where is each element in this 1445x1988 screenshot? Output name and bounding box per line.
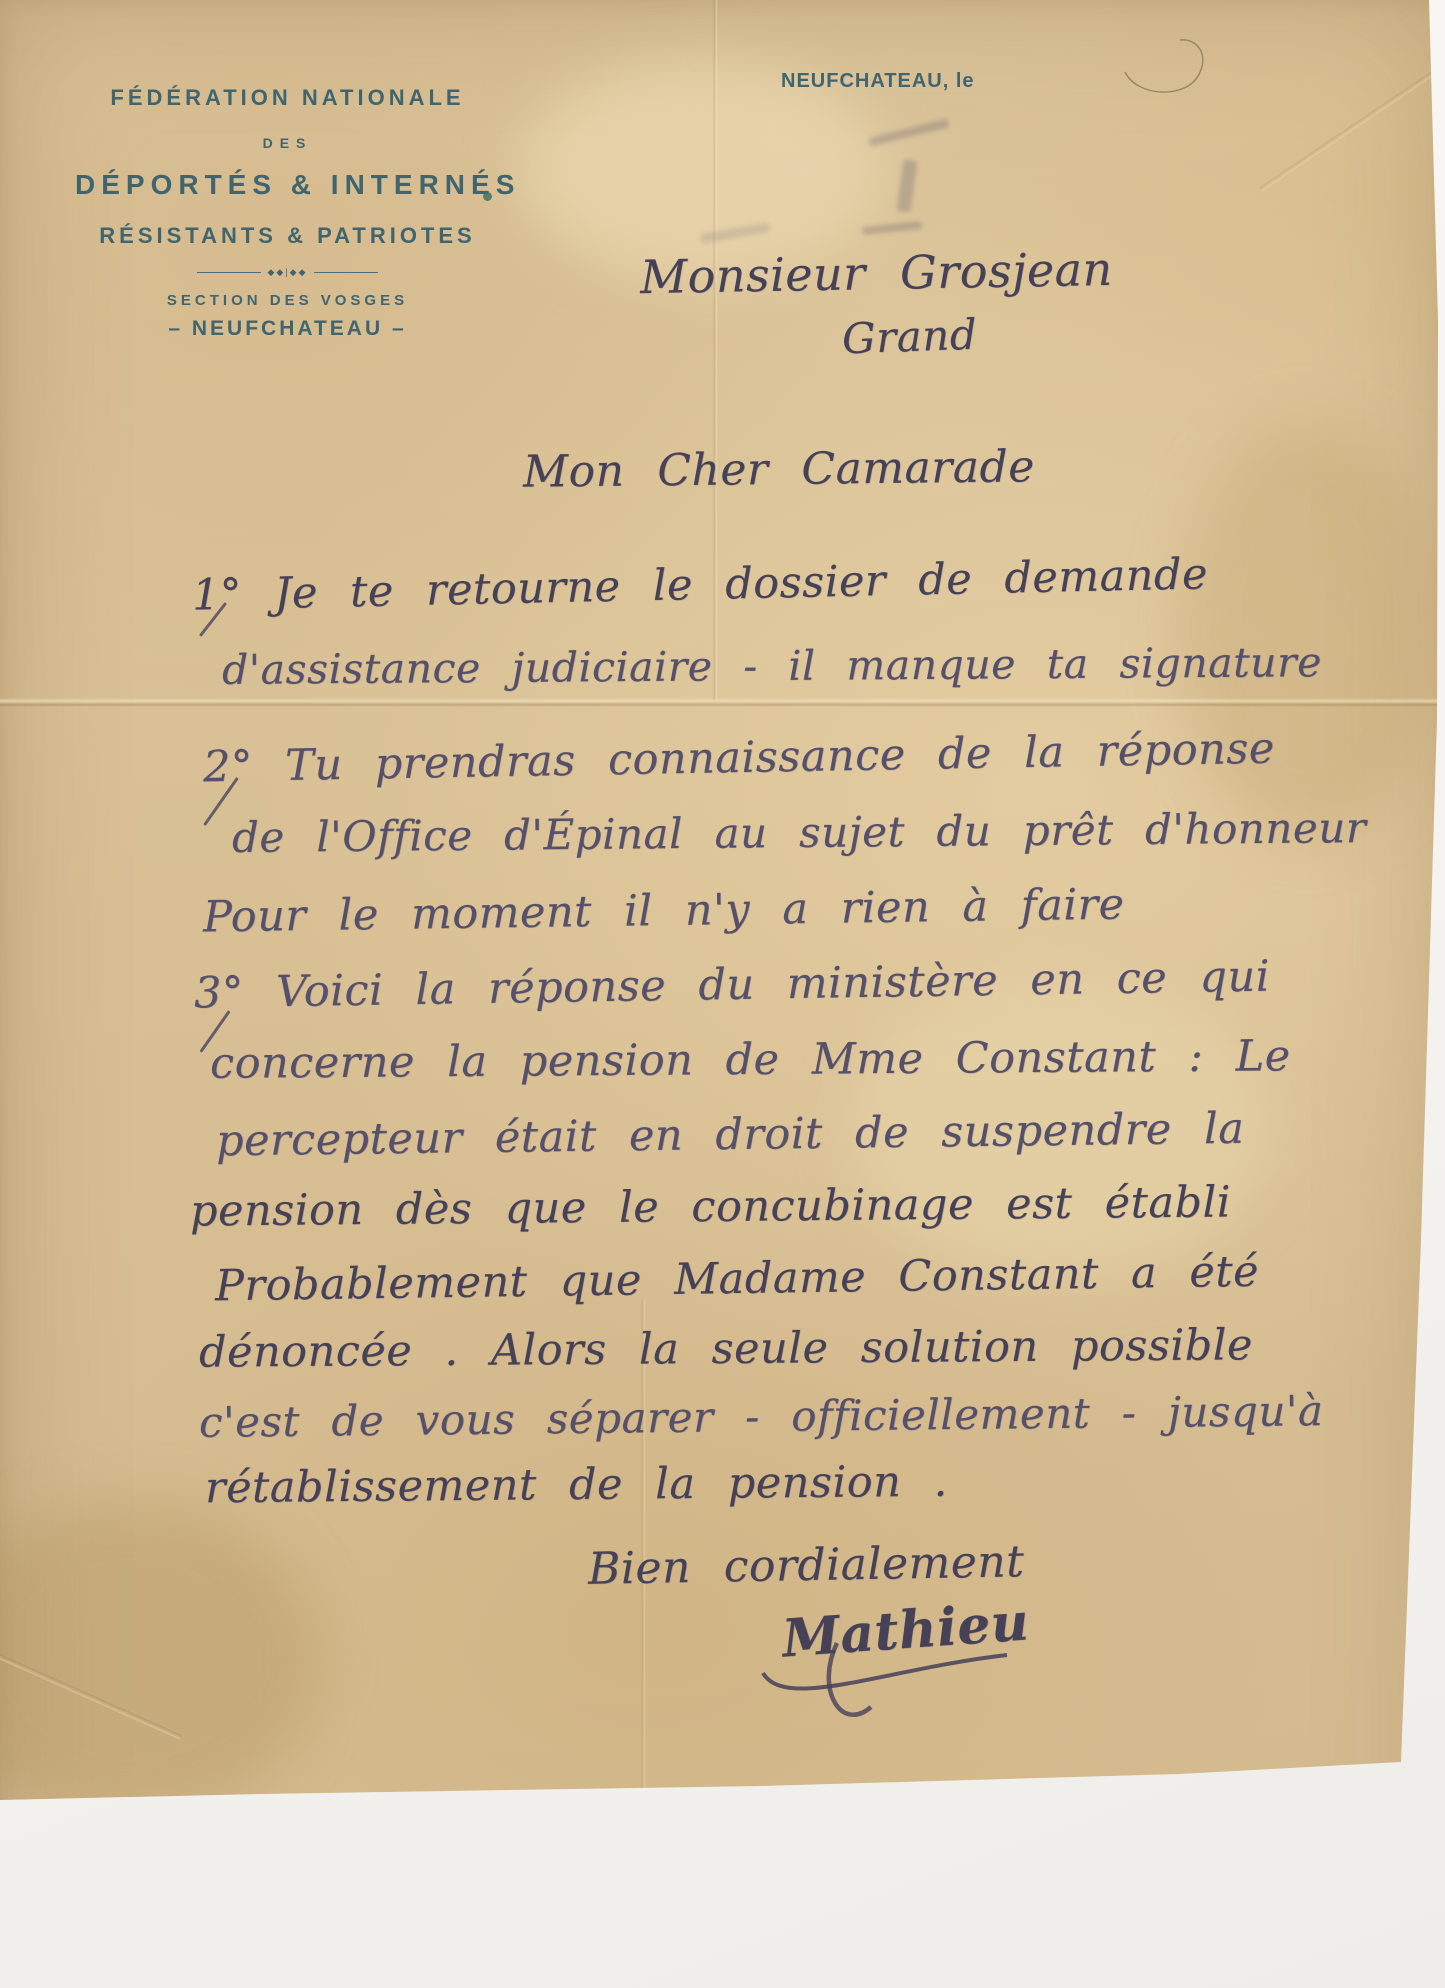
paper-dark-patch	[1180, 420, 1440, 840]
letterhead-org-line3: DÉPORTÉS & INTERNÉS	[75, 169, 500, 201]
letterhead-section: SECTION DES VOSGES	[75, 292, 500, 309]
divider-rule-right	[314, 272, 378, 273]
pencil-smudge	[868, 118, 950, 147]
horizontal-fold-crease	[0, 698, 1438, 707]
letterhead-org-line1: FÉDÉRATION NATIONALE	[75, 85, 500, 111]
paper-dark-patch	[0, 1500, 320, 1820]
signature-flourish	[745, 1625, 1065, 1765]
scanner-background: FÉDÉRATION NATIONALE DES DÉPORTÉS & INTE…	[0, 0, 1445, 1988]
handwritten-body-line: de l'Office d'Épinal au sujet du prêt d'…	[232, 803, 1367, 862]
handwritten-closing: Bien cordialement	[588, 1536, 1025, 1595]
letterhead-town: – NEUFCHATEAU –	[75, 317, 500, 341]
handwritten-salutation: Mon Cher Camarade	[523, 441, 1035, 497]
handwritten-body-line: dénoncée . Alors la seule solution possi…	[199, 1320, 1253, 1377]
handwritten-addressee: Monsieur Grosjean	[640, 242, 1113, 304]
letterhead-divider: ◆◆|◆◆	[75, 267, 500, 278]
letterhead-org-line4: RÉSISTANTS & PATRIOTES	[75, 223, 500, 249]
pencil-smudge	[862, 221, 923, 235]
letter-paper: FÉDÉRATION NATIONALE DES DÉPORTÉS & INTE…	[0, 0, 1445, 1988]
handwritten-body-line: 2° Tu prendras connaissance de la répons…	[203, 724, 1276, 793]
handwritten-body-line: pension dès que le concubinage est établ…	[190, 1177, 1231, 1236]
ink-speck	[483, 192, 492, 201]
hairline-mark	[1100, 20, 1260, 130]
pencil-smudge	[896, 159, 917, 212]
printed-dateline: NEUFCHATEAU, le	[781, 70, 975, 93]
pencil-smudge	[700, 222, 771, 244]
handwritten-body-line: d'assistance judiciaire - il manque ta s…	[222, 638, 1322, 694]
handwritten-body-line: 1° Je te retourne le dossier de demande	[192, 549, 1209, 620]
handwritten-body-line: Pour le moment il n'y a rien à faire	[203, 880, 1125, 943]
handwritten-addressee-town: Grand	[841, 310, 978, 364]
divider-rule-left	[197, 272, 261, 273]
corner-crease	[0, 1645, 182, 1739]
handwritten-body-line: rétablissement de la pension .	[205, 1457, 948, 1513]
letterhead-org-line2: DES	[75, 135, 500, 151]
letterhead-block: FÉDÉRATION NATIONALE DES DÉPORTÉS & INTE…	[75, 85, 500, 341]
handwritten-body-line: Probablement que Madame Constant a été	[215, 1247, 1260, 1312]
handwritten-body-line: percepteur était en droit de suspendre l…	[216, 1104, 1245, 1167]
corner-crease	[1259, 53, 1445, 191]
handwritten-body-line: c'est de vous séparer - officiellement -…	[199, 1386, 1324, 1447]
handwritten-body-line: 3° Voici la réponse du ministère en ce q…	[194, 952, 1271, 1019]
handwritten-body-line: concerne la pension de Mme Constant : Le	[210, 1031, 1291, 1089]
divider-diamonds-icon: ◆◆|◆◆	[267, 267, 307, 278]
